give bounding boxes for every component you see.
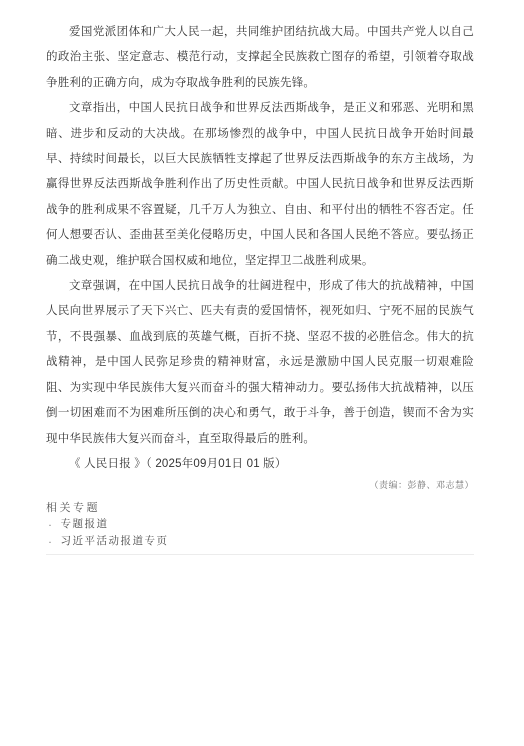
related-topics-heading: 相关专题 [46, 501, 474, 515]
editor-credit: （责编：彭静、邓志慧） [46, 479, 474, 491]
related-topic-label-2: 习近平活动报道专页 [61, 535, 169, 549]
page-content: 爱国党派团体和广大人民一起，共同维护团结抗战大局。中国共产党人以自己的政治主张、… [0, 0, 524, 555]
related-topic-link-2[interactable]: · 习近平活动报道专页 [46, 535, 474, 549]
article-paragraph-3: 文章强调，在中国人民抗日战争的壮阔进程中，形成了伟大的抗战精神，中国人民向世界展… [46, 274, 474, 452]
related-topic-link-1[interactable]: · 专题报道 [46, 518, 474, 532]
article-page: { "page": { "background_color": "#ffffff… [0, 0, 524, 746]
citation-line: 《 人民日报 》（ 2025年09月01日 01 版） [46, 452, 474, 477]
bullet-dot-icon: · [48, 535, 54, 549]
article-paragraph-2: 文章指出，中国人民抗日战争和世界反法西斯战争，是正义和邪恶、光明和黑暗、进步和反… [46, 96, 474, 274]
related-topics-section: 相关专题 · 专题报道 · 习近平活动报道专页 [46, 501, 474, 555]
section-divider [46, 554, 474, 555]
article-paragraph-1: 爱国党派团体和广大人民一起，共同维护团结抗战大局。中国共产党人以自己的政治主张、… [46, 20, 474, 96]
bullet-dot-icon: · [48, 518, 54, 532]
related-topic-label-1: 专题报道 [61, 518, 109, 532]
article-body: 爱国党派团体和广大人民一起，共同维护团结抗战大局。中国共产党人以自己的政治主张、… [46, 20, 474, 477]
